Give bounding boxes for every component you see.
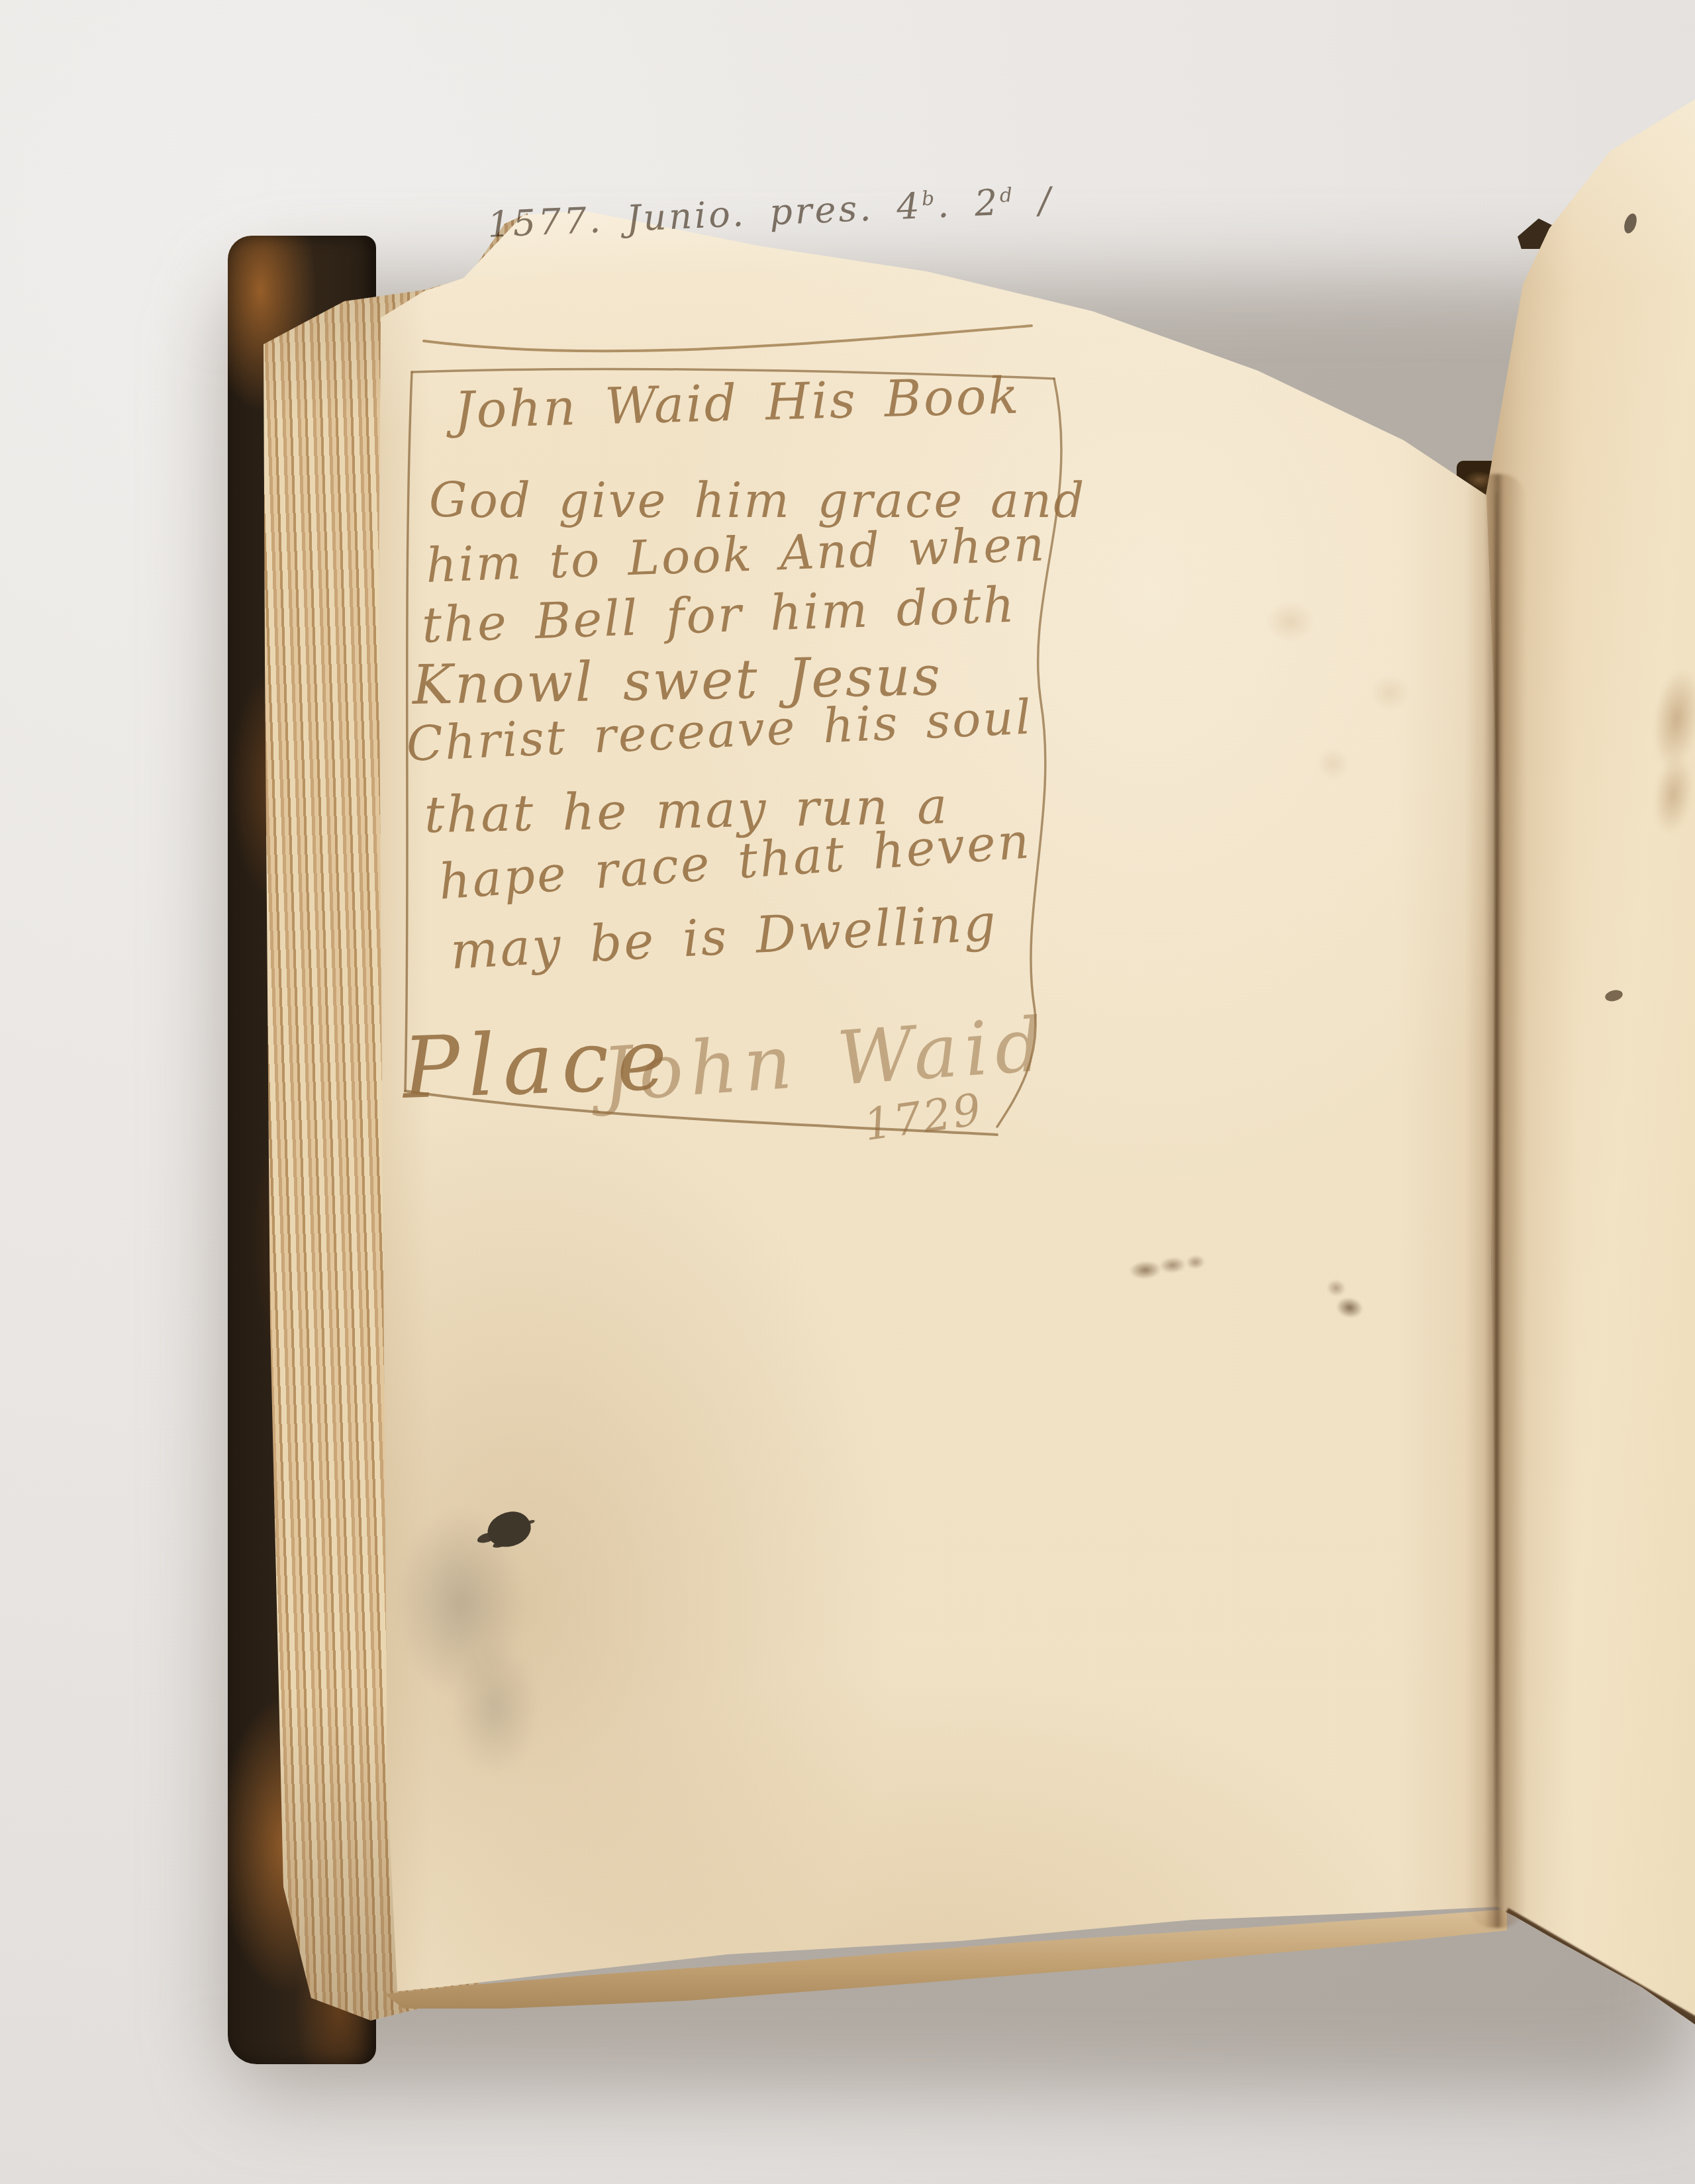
hand-drawn-rule [424, 326, 1032, 351]
inscription-text: . 2 [936, 181, 1000, 226]
photograph-antique-book: 1577. Junio. pres. 4b. 2d / John Waid Hi… [0, 0, 1695, 2184]
inscription-text: / [1014, 179, 1054, 222]
handwritten-inscription: 1577. Junio. pres. 4b. 2d / John Waid Hi… [0, 0, 1695, 2184]
superscript: b [921, 187, 938, 211]
superscript: d [999, 183, 1016, 207]
